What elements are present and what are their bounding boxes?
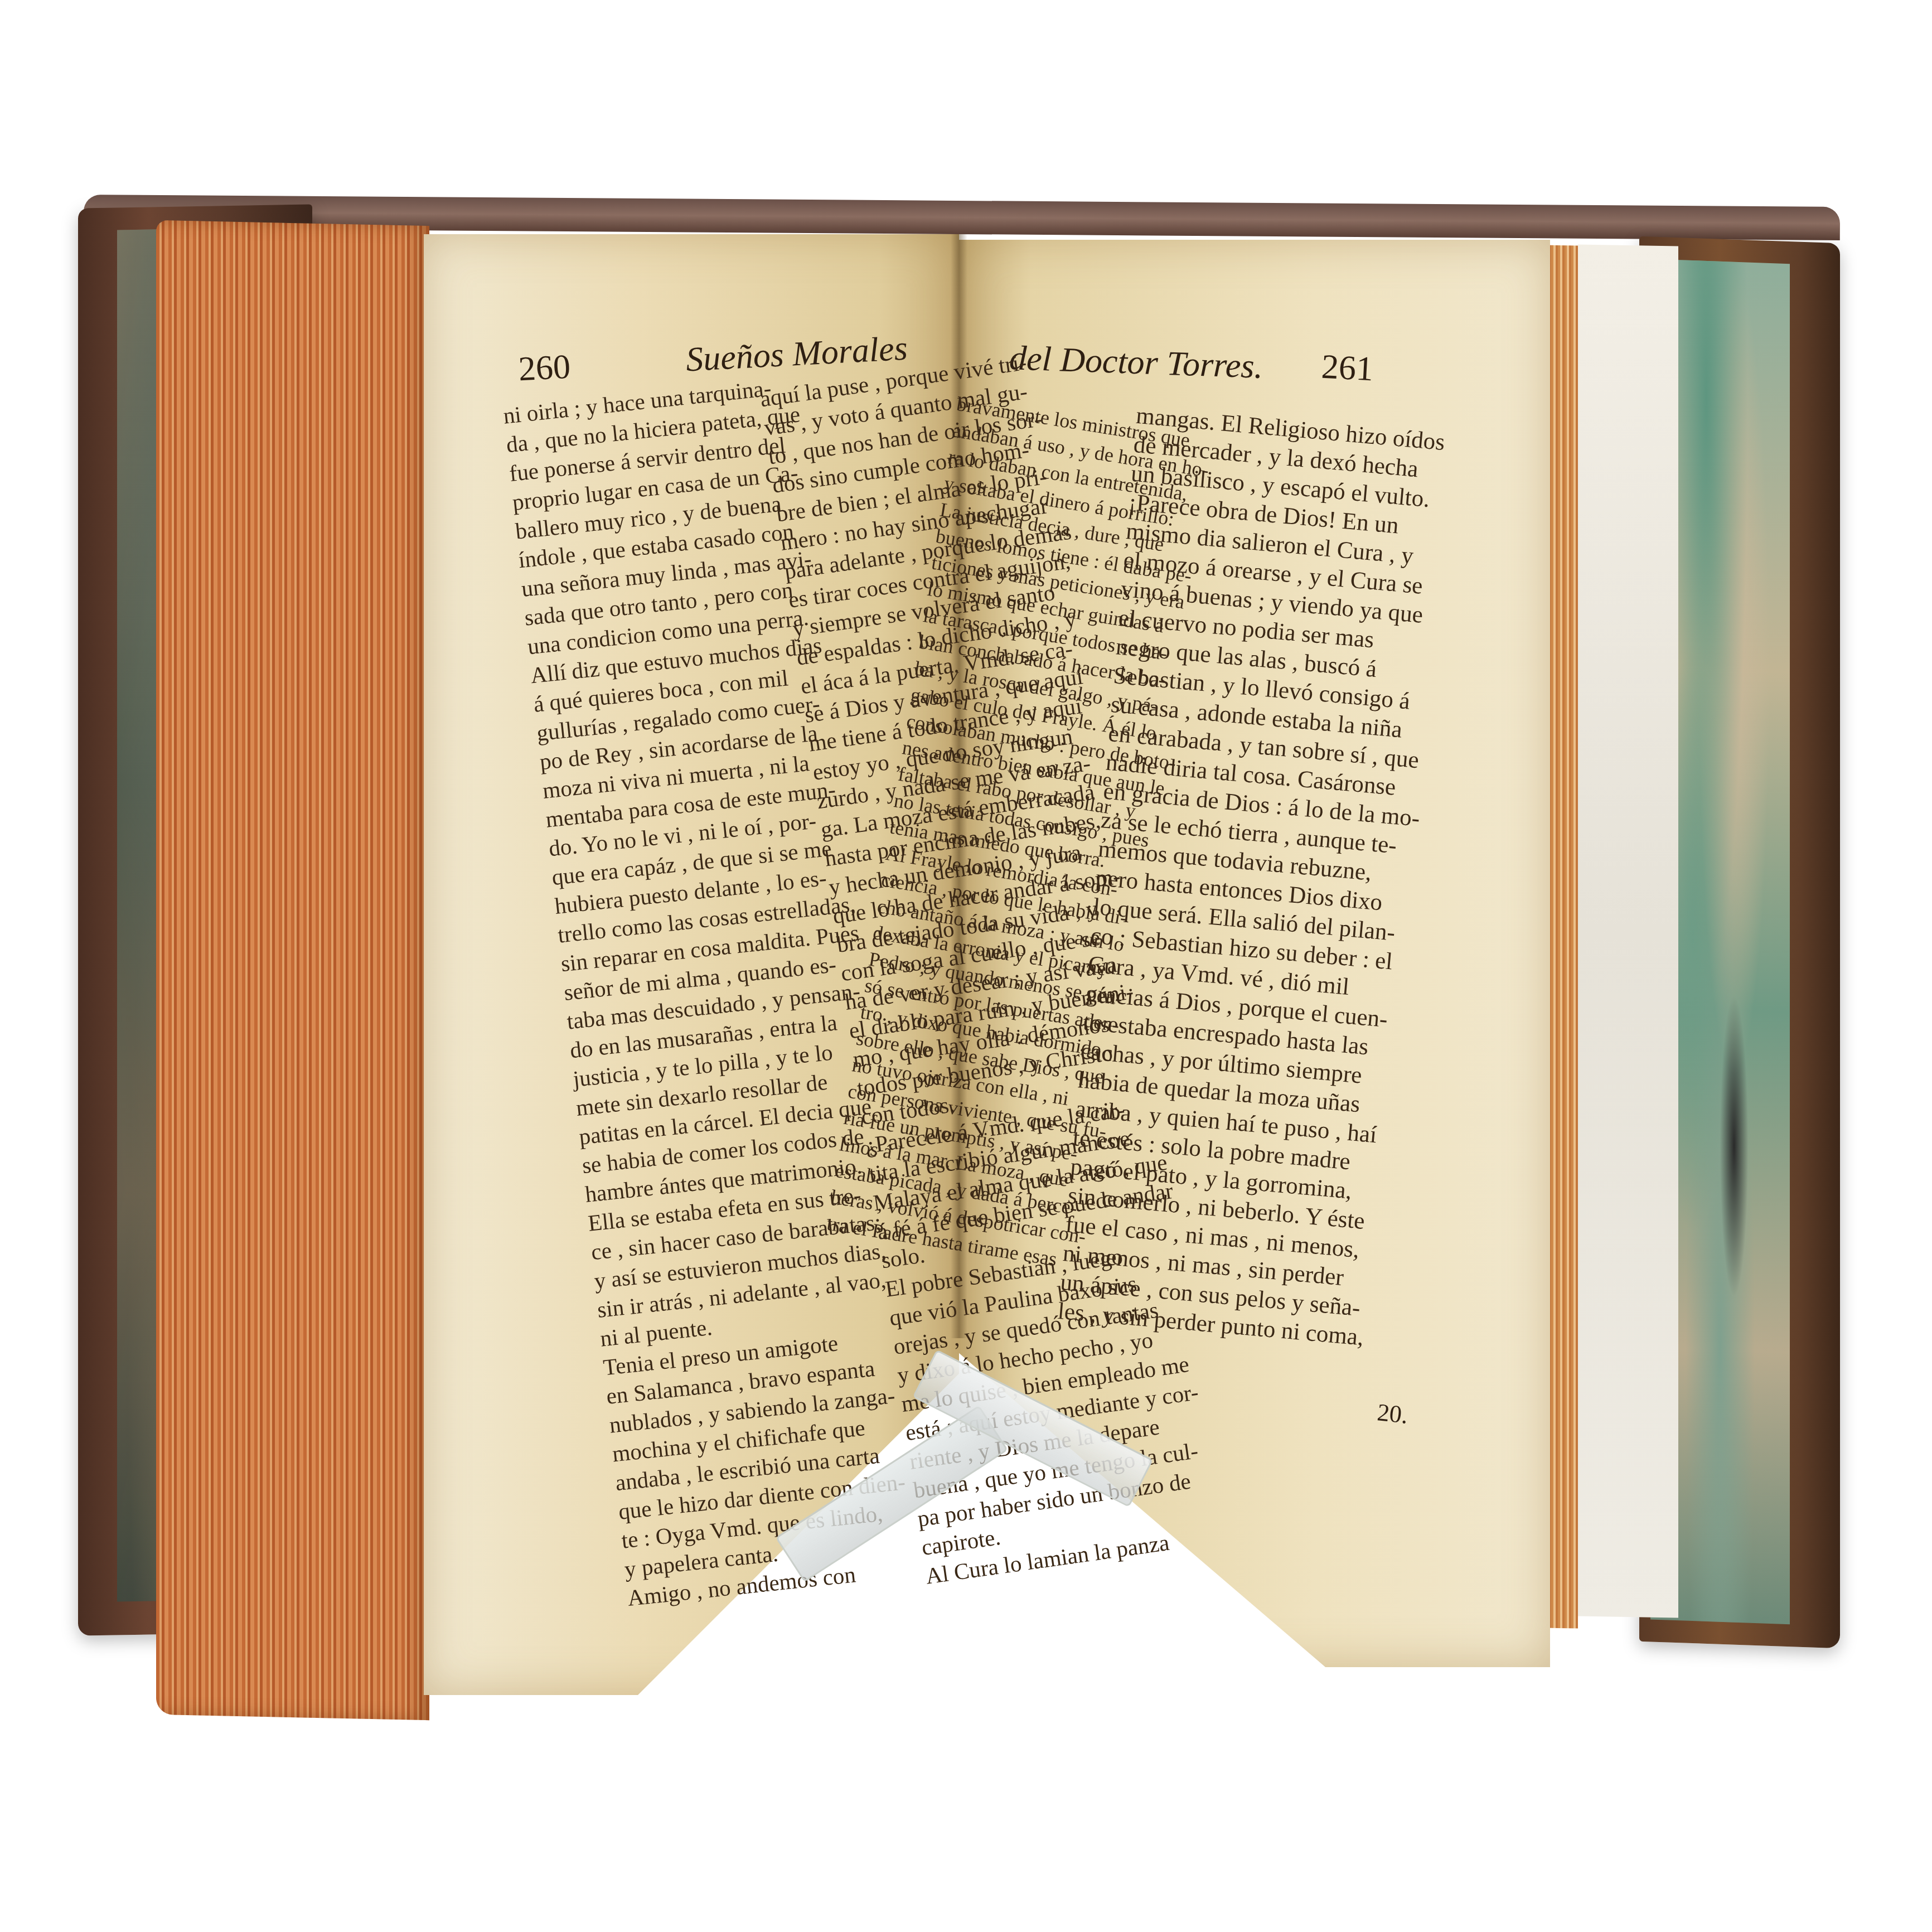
left-fore-edge (156, 220, 429, 1720)
photo-scene: 260 Sueños Morales del Doctor Torres. 26… (0, 0, 1932, 1932)
right-page-number: 261 (1320, 347, 1374, 390)
left-page-number: 260 (517, 347, 572, 390)
acrylic-book-stand (753, 1327, 1176, 1466)
signature-mark: 20. (1376, 1398, 1409, 1429)
right-flyleaf (1578, 244, 1678, 1618)
